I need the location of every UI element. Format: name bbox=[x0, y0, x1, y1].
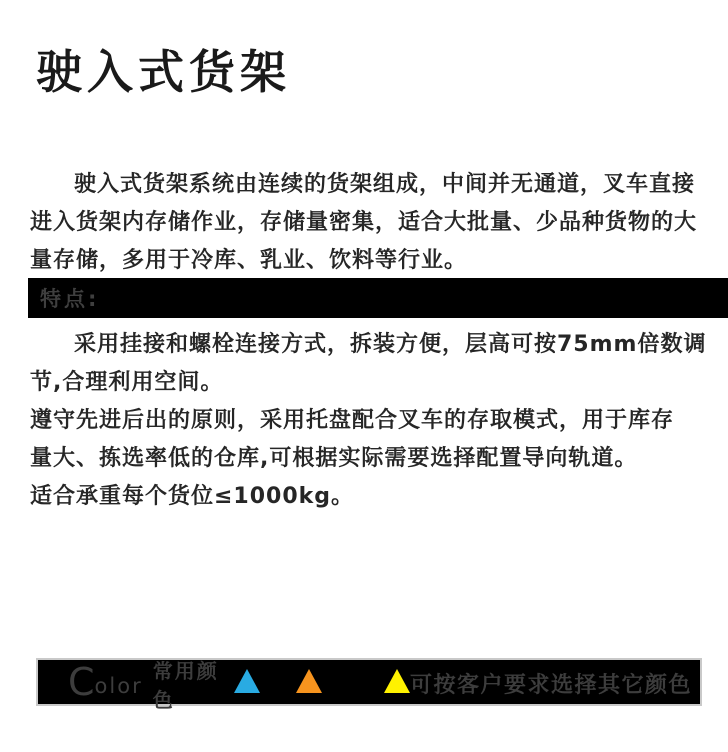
page: 驶入式货架 驶入式货架系统由连续的货架组成，中间并无通道，叉车直接 进入货架内存… bbox=[0, 0, 728, 752]
features-line: 采用挂接和螺栓连接方式，拆装方便，层高可按75mm倍数调 bbox=[30, 326, 706, 364]
features-header-label: 特点: bbox=[28, 283, 99, 313]
features-header-bar: 特点: bbox=[28, 278, 728, 318]
intro-paragraph: 驶入式货架系统由连续的货架组成，中间并无通道，叉车直接 进入货架内存储作业，存储… bbox=[30, 166, 706, 280]
intro-line: 进入货架内存储作业，存储量密集，适合大批量、少品种货物的大 bbox=[30, 204, 706, 242]
features-line: 遵守先进后出的原则，采用托盘配合叉车的存取模式，用于库存 bbox=[30, 402, 706, 440]
page-title: 驶入式货架 bbox=[36, 44, 291, 102]
features-line: 节,合理利用空间。 bbox=[30, 364, 706, 402]
color-word-rest: olor bbox=[95, 674, 143, 698]
yellow-triangle-icon bbox=[384, 669, 410, 693]
color-label-cn: 常用颜色 bbox=[153, 655, 228, 713]
intro-line: 驶入式货架系统由连续的货架组成，中间并无通道，叉车直接 bbox=[30, 166, 706, 204]
blue-triangle-icon bbox=[234, 669, 260, 693]
color-word-initial: C bbox=[68, 660, 95, 704]
features-paragraph: 采用挂接和螺栓连接方式，拆装方便，层高可按75mm倍数调 节,合理利用空间。 遵… bbox=[30, 326, 706, 516]
features-line: 量大、拣选率低的仓库,可根据实际需要选择配置导向轨道。 bbox=[30, 440, 706, 478]
orange-triangle-icon bbox=[296, 669, 322, 693]
color-note: 可按客户要求选择其它颜色 bbox=[410, 668, 692, 699]
features-line: 适合承重每个货位≤1000kg。 bbox=[30, 478, 706, 516]
color-bar: C olor 常用颜色 可按客户要求选择其它颜色 bbox=[36, 658, 702, 706]
intro-line: 量存储，多用于冷库、乳业、饮料等行业。 bbox=[30, 242, 706, 280]
